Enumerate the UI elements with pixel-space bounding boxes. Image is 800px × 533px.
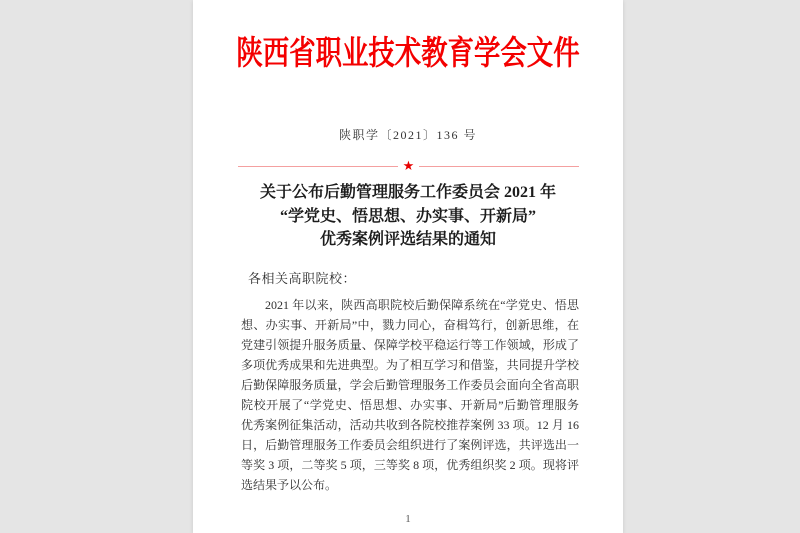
doc-title: 关于公布后勤管理服务工作委员会 2021 年 “学党史、悟思想、办实事、开新局”… — [193, 181, 623, 252]
doc-title-line: 关于公布后勤管理服务工作委员会 2021 年 — [193, 181, 623, 205]
doc-title-line: 优秀案例评选结果的通知 — [193, 228, 623, 252]
red-header: 陕西省职业技术教育学会文件 — [193, 32, 623, 76]
star-icon: ★ — [403, 160, 415, 173]
body-line: 想、办实事、开新局”中，戮力同心，奋楫笃行，创新思维，在 — [241, 315, 579, 335]
body-line: 等奖 3 项，二等奖 5 项，三等奖 8 项，优秀组织奖 2 项。现将评 — [241, 455, 579, 475]
doc-title-line: “学党史、悟思想、办实事、开新局” — [193, 205, 623, 229]
body-line: 优秀案例征集活动，活动共收到各院校推荐案例 33 项。12 月 16 — [241, 415, 579, 435]
body-paragraph: 2021 年以来，陕西高职院校后勤保障系统在“学党史、悟思 想、办实事、开新局”… — [241, 295, 579, 495]
addressee: 各相关高职院校： — [248, 268, 356, 287]
document-viewer-background: { "colors":{ "header_red":"#f40000", "di… — [0, 0, 800, 533]
document-page: 陕西省职业技术教育学会文件 陕职学〔2021〕136 号 ★ 关于公布后勤管理服… — [193, 0, 623, 533]
body-line: 党建引领提升服务质量、保障学校平稳运行等工作领域，形成了 — [241, 335, 579, 355]
body-line: 后勤保障服务质量，学会后勤管理服务工作委员会面向全省高职 — [241, 375, 579, 395]
star-divider: ★ — [238, 160, 579, 173]
divider-line-left — [238, 166, 398, 167]
body-line: 院校开展了“学党史、悟思想、办实事、开新局”后勤管理服务 — [241, 395, 579, 415]
doc-number: 陕职学〔2021〕136 号 — [193, 126, 623, 143]
org-title: 陕西省职业技术教育学会文件 — [236, 30, 579, 78]
body-line: 选结果予以公布。 — [241, 475, 579, 495]
divider-line-right — [419, 166, 579, 167]
page-number: 1 — [193, 513, 623, 525]
body-line: 日，后勤管理服务工作委员会组织进行了案例评选，共评选出一 — [241, 435, 579, 455]
body-line: 多项优秀成果和先进典型。为了相互学习和借鉴，共同提升学校 — [241, 355, 579, 375]
body-line: 2021 年以来，陕西高职院校后勤保障系统在“学党史、悟思 — [241, 295, 579, 315]
